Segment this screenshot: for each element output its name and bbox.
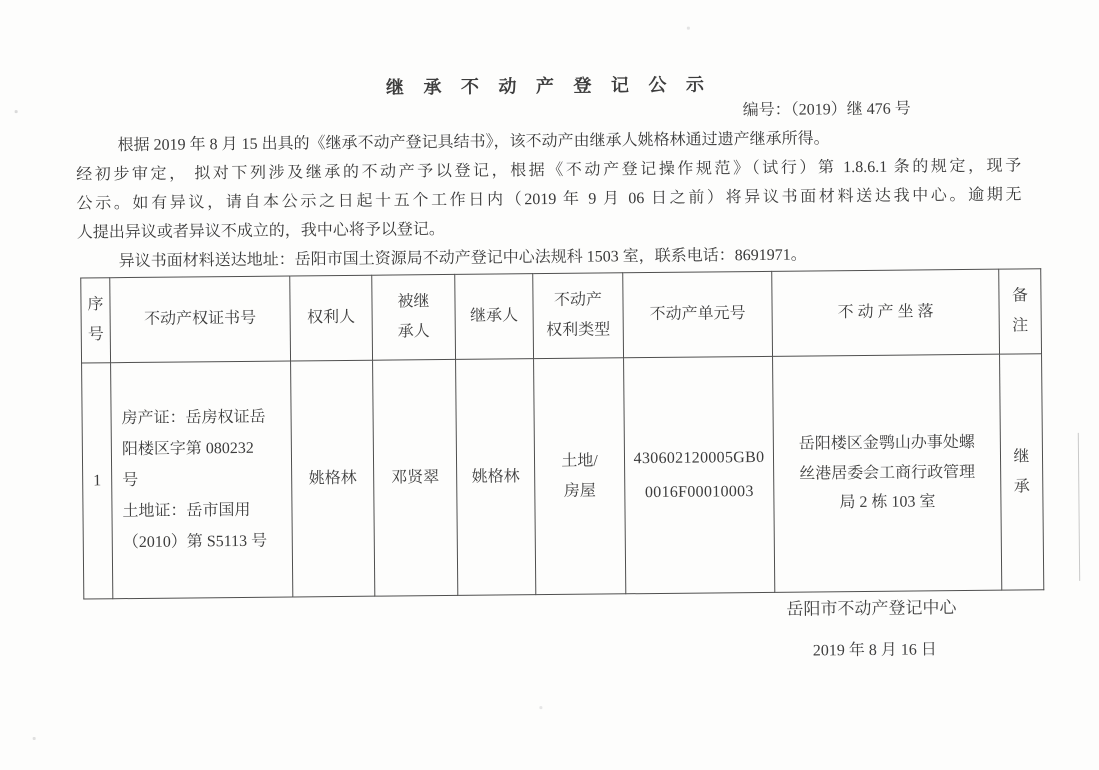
header-remark: 备 注: [999, 269, 1042, 354]
header-certificate-number: 不动产权证书号: [110, 276, 291, 363]
cell-right-holder: 姚格林: [291, 360, 375, 597]
header-decedent: 被继 承人: [372, 274, 456, 360]
cell-decedent: 邓贤翠: [373, 359, 458, 596]
scan-artifact-line: [1078, 433, 1080, 581]
body-text-block: 根据 2019 年 8 月 15 出具的《继承不动产登记具结书》，该不动产由继承…: [76, 122, 1022, 276]
cell-right-type: 土地/ 房屋: [534, 358, 626, 595]
scan-speck: [687, 27, 690, 30]
document-number: 编号：（2019）继 476 号: [743, 96, 911, 121]
registration-table: 序 号 不动产权证书号 权利人 被继 承人 继承人 不动产 权利类型 不动产单元…: [80, 268, 1044, 599]
cell-remark: 继 承: [1000, 354, 1044, 590]
cell-unit-number: 430602120005GB0 0016F00010003: [624, 356, 775, 593]
signature-date: 2019 年 8 月 16 日: [725, 635, 1025, 661]
cell-heir: 姚格林: [456, 359, 536, 596]
scan-speck: [15, 110, 18, 113]
table-row: 1 房产证：岳房权证岳 阳楼区字第 080232 号 土地证：岳市国用 （201…: [82, 354, 1044, 599]
document-page: 继 承 不 动 产 登 记 公 示 编号：（2019）继 476 号 根据 20…: [0, 0, 1099, 770]
document-title: 继 承 不 动 产 登 记 公 示: [0, 67, 1097, 104]
scan-speck: [33, 737, 36, 740]
header-seq: 序 号: [81, 278, 111, 363]
cell-certificate-number: 房产证：岳房权证岳 阳楼区字第 080232 号 土地证：岳市国用 （2010）…: [111, 361, 293, 599]
header-location: 不 动 产 坐 落: [772, 269, 1000, 356]
header-heir: 继承人: [455, 274, 534, 360]
header-unit-number: 不动产单元号: [623, 271, 773, 357]
cell-location: 岳阳楼区金鹗山办事处螺 丝港居委会工商行政管理 局 2 栋 103 室: [773, 354, 1002, 592]
cell-seq: 1: [82, 363, 113, 599]
table-header-row: 序 号 不动产权证书号 权利人 被继 承人 继承人 不动产 权利类型 不动产单元…: [81, 269, 1042, 363]
header-right-holder: 权利人: [290, 275, 373, 361]
header-right-type: 不动产 权利类型: [533, 273, 624, 359]
signature-organization: 岳阳市不动产登记中心: [721, 592, 1021, 620]
scan-speck: [539, 706, 542, 709]
